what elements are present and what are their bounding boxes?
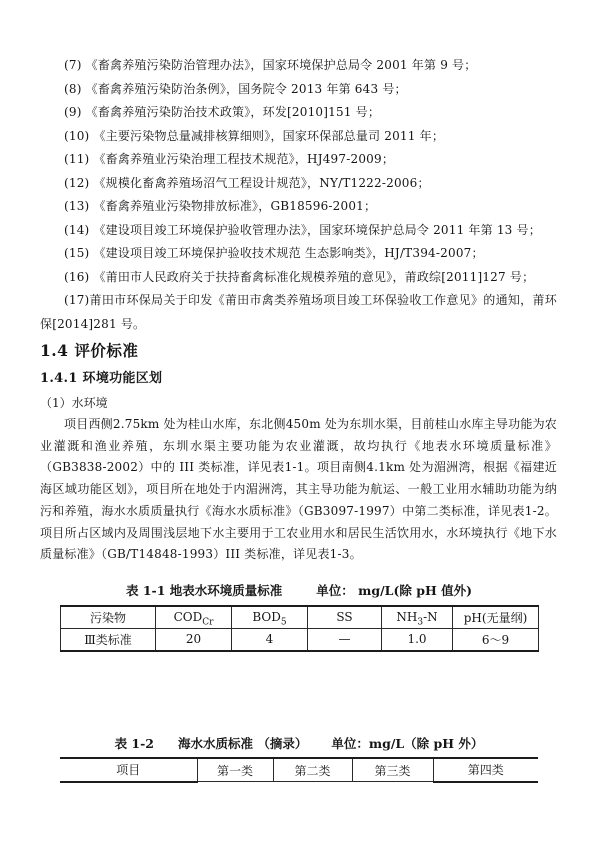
regulation-item-17: (17)莆田市环保局关于印发《莆田市禽类养殖场项目竣工环保验收工作意见》的通知，… xyxy=(40,289,557,336)
regulation-list: (7) 《畜禽养殖污染防治管理办法》，国家环境保护总局令 2001 年第 9 号… xyxy=(40,54,557,336)
regulation-item-16: (16) 《莆田市人民政府关于扶持畜禽标准化规模养殖的意见》，莆政综[2011]… xyxy=(40,266,557,290)
table-1-2-label: 表 1-2 xyxy=(115,735,154,753)
header-cell-ph: pH(无量纲) xyxy=(453,606,539,629)
table-1-1-title: 表 1-1 地表水环境质量标准 xyxy=(126,582,282,600)
table-1-1-unit: 单位： mg/L(除 pH 值外) xyxy=(316,582,472,600)
cell-bod5-value: 4 xyxy=(232,628,308,651)
regulation-item-7: (7) 《畜禽养殖污染防治管理办法》，国家环境保护总局令 2001 年第 9 号… xyxy=(40,54,557,78)
body-paragraph: 项目西侧2.75km 处为桂山水库，东北侧450m 处为东圳水渠，目前桂山水库主… xyxy=(40,414,557,566)
regulation-item-10: (10) 《主要污染物总量减排核算细则》，国家环保部总量司 2011 年； xyxy=(40,125,557,149)
subsection-heading-1-4-1: 1.4.1 环境功能区划 xyxy=(40,369,557,388)
table-1-1: 污染物 CODCr BOD5 SS NH3-N pH(无量纲) Ⅲ类标准 20 … xyxy=(60,605,539,652)
header-cell-ss: SS xyxy=(308,606,382,629)
header-cell-class2: 第二类 xyxy=(273,758,352,782)
header-cell-class1: 第一类 xyxy=(197,758,273,782)
table-1-2-header-row: 项目 第一类 第二类 第三类 第四类 xyxy=(60,758,538,782)
table-1-1-caption: 表 1-1 地表水环境质量标准 单位： mg/L(除 pH 值外) xyxy=(60,582,538,600)
cell-codcr-value: 20 xyxy=(156,628,232,651)
regulation-item-8: (8) 《畜禽养殖污染防治条例》，国务院令 2013 年第 643 号； xyxy=(40,78,557,102)
table-1-2-title: 海水水质标准 （摘录） xyxy=(178,735,307,753)
table-1-1-data-row: Ⅲ类标准 20 4 — 1.0 6～9 xyxy=(61,628,539,651)
header-cell-item: 项目 xyxy=(60,758,197,782)
header-cell-codcr: CODCr xyxy=(156,606,232,629)
header-cell-pollutant: 污染物 xyxy=(61,606,156,629)
table-1-2-unit: 单位：mg/L（除 pH 外） xyxy=(331,735,483,753)
regulation-item-11: (11) 《畜禽养殖业污染治理工程技术规范》，HJ497-2009； xyxy=(40,148,557,172)
header-cell-nh3n: NH3-N xyxy=(382,606,453,629)
table-1-2-caption: 表 1-2 海水水质标准 （摘录） 单位：mg/L（除 pH 外） xyxy=(60,735,538,753)
regulation-item-15: (15) 《建设项目竣工环境保护验收技术规范 生态影响类》，HJ/T394-20… xyxy=(40,242,557,266)
point-heading-water-environment: （1）水环境 xyxy=(40,394,557,412)
regulation-item-9: (9) 《畜禽养殖污染防治技术政策》，环发[2010]151 号； xyxy=(40,101,557,125)
header-cell-bod5: BOD5 xyxy=(232,606,308,629)
regulation-item-14: (14) 《建设项目竣工环境保护验收管理办法》，国家环境保护总局令 2011 年… xyxy=(40,219,557,243)
header-cell-class4: 第四类 xyxy=(433,758,538,782)
cell-ph-value: 6～9 xyxy=(453,628,539,651)
header-cell-class3: 第三类 xyxy=(352,758,433,782)
document-page: (7) 《畜禽养殖污染防治管理办法》，国家环境保护总局令 2001 年第 9 号… xyxy=(0,0,595,841)
regulation-item-12: (12) 《规模化畜禽养殖场沼气工程设计规范》，NY/T1222-2006； xyxy=(40,172,557,196)
table-1-2: 项目 第一类 第二类 第三类 第四类 xyxy=(60,757,538,783)
cell-nh3n-value: 1.0 xyxy=(382,628,453,651)
cell-class3-label: Ⅲ类标准 xyxy=(61,628,156,651)
section-heading-1-4: 1.4 评价标准 xyxy=(40,340,557,362)
table-1-1-header-row: 污染物 CODCr BOD5 SS NH3-N pH(无量纲) xyxy=(61,606,539,629)
regulation-item-13: (13) 《畜禽养殖业污染物排放标准》，GB18596-2001； xyxy=(40,195,557,219)
cell-ss-value: — xyxy=(308,628,382,651)
